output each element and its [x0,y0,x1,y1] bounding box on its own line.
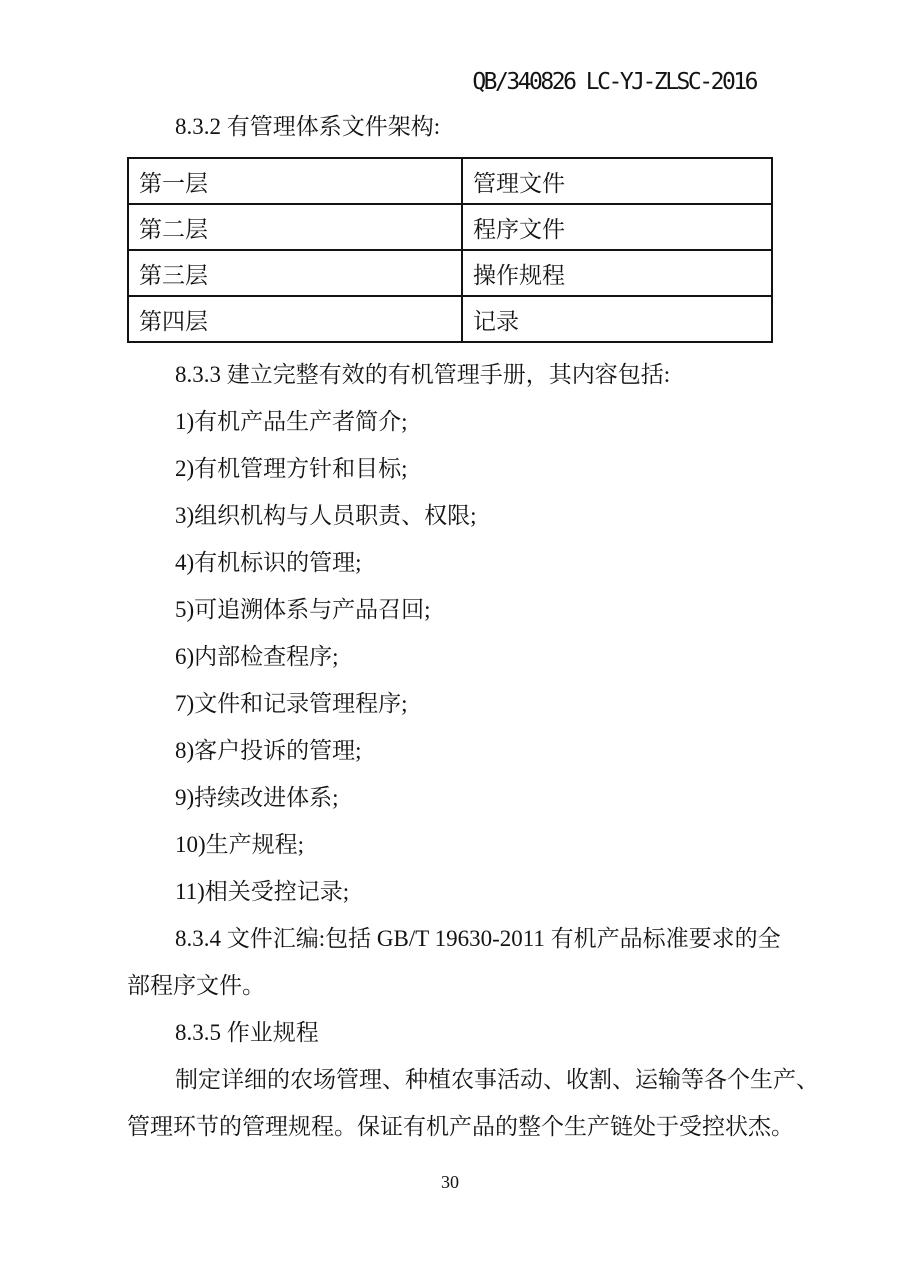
structure-table-body: 第一层管理文件第二层程序文件第三层操作规程第四层记录 [128,158,772,342]
text-line: 1)有机产品生产者简介; [127,398,827,445]
text-line: 7)文件和记录管理程序; [127,680,827,727]
text-line: 4)有机标识的管理; [127,539,827,586]
body-text: 8.3.3 建立完整有效的有机管理手册，其内容包括:1)有机产品生产者简介;2)… [127,351,827,1150]
text-line: 部程序文件。 [127,962,827,1009]
table-cell: 记录 [462,296,772,342]
table-row: 第一层管理文件 [128,158,772,204]
text-line: 3)组织机构与人员职责、权限; [127,492,827,539]
table-cell: 第一层 [128,158,462,204]
table-row: 第三层操作规程 [128,250,772,296]
table-cell: 第四层 [128,296,462,342]
text-line: 6)内部检查程序; [127,633,827,680]
text-line: 5)可追溯体系与产品召回; [127,586,827,633]
page-number: 30 [0,1172,900,1193]
text-line: 8.3.3 建立完整有效的有机管理手册，其内容包括: [127,351,827,398]
text-line: 8.3.4 文件汇编:包括 GB/T 19630-2011 有机产品标准要求的全 [127,915,827,962]
text-line: 11)相关受控记录; [127,868,827,915]
table-cell: 第三层 [128,250,462,296]
table-cell: 管理文件 [462,158,772,204]
document-structure-table: 第一层管理文件第二层程序文件第三层操作规程第四层记录 [127,157,773,343]
table-cell: 第二层 [128,204,462,250]
table-row: 第二层程序文件 [128,204,772,250]
text-line: 8.3.5 作业规程 [127,1009,827,1056]
section-8-3-2-heading: 8.3.2 有管理体系文件架构: [127,112,875,142]
text-line: 管理环节的管理规程。保证有机产品的整个生产链处于受控状杰。 [127,1103,827,1150]
text-line: 2)有机管理方针和目标; [127,445,827,492]
table-cell: 操作规程 [462,250,772,296]
document-code-header: QB/340826 LC-YJ-ZLSC-2016 [472,69,756,95]
document-page: QB/340826 LC-YJ-ZLSC-2016 8.3.2 有管理体系文件架… [0,0,900,1272]
text-line: 制定详细的农场管理、种植农事活动、收割、运输等各个生产、 [127,1056,827,1103]
table-row: 第四层记录 [128,296,772,342]
text-line: 10)生产规程; [127,821,827,868]
text-line: 8)客户投诉的管理; [127,727,827,774]
text-line: 9)持续改进体系; [127,774,827,821]
table-cell: 程序文件 [462,204,772,250]
